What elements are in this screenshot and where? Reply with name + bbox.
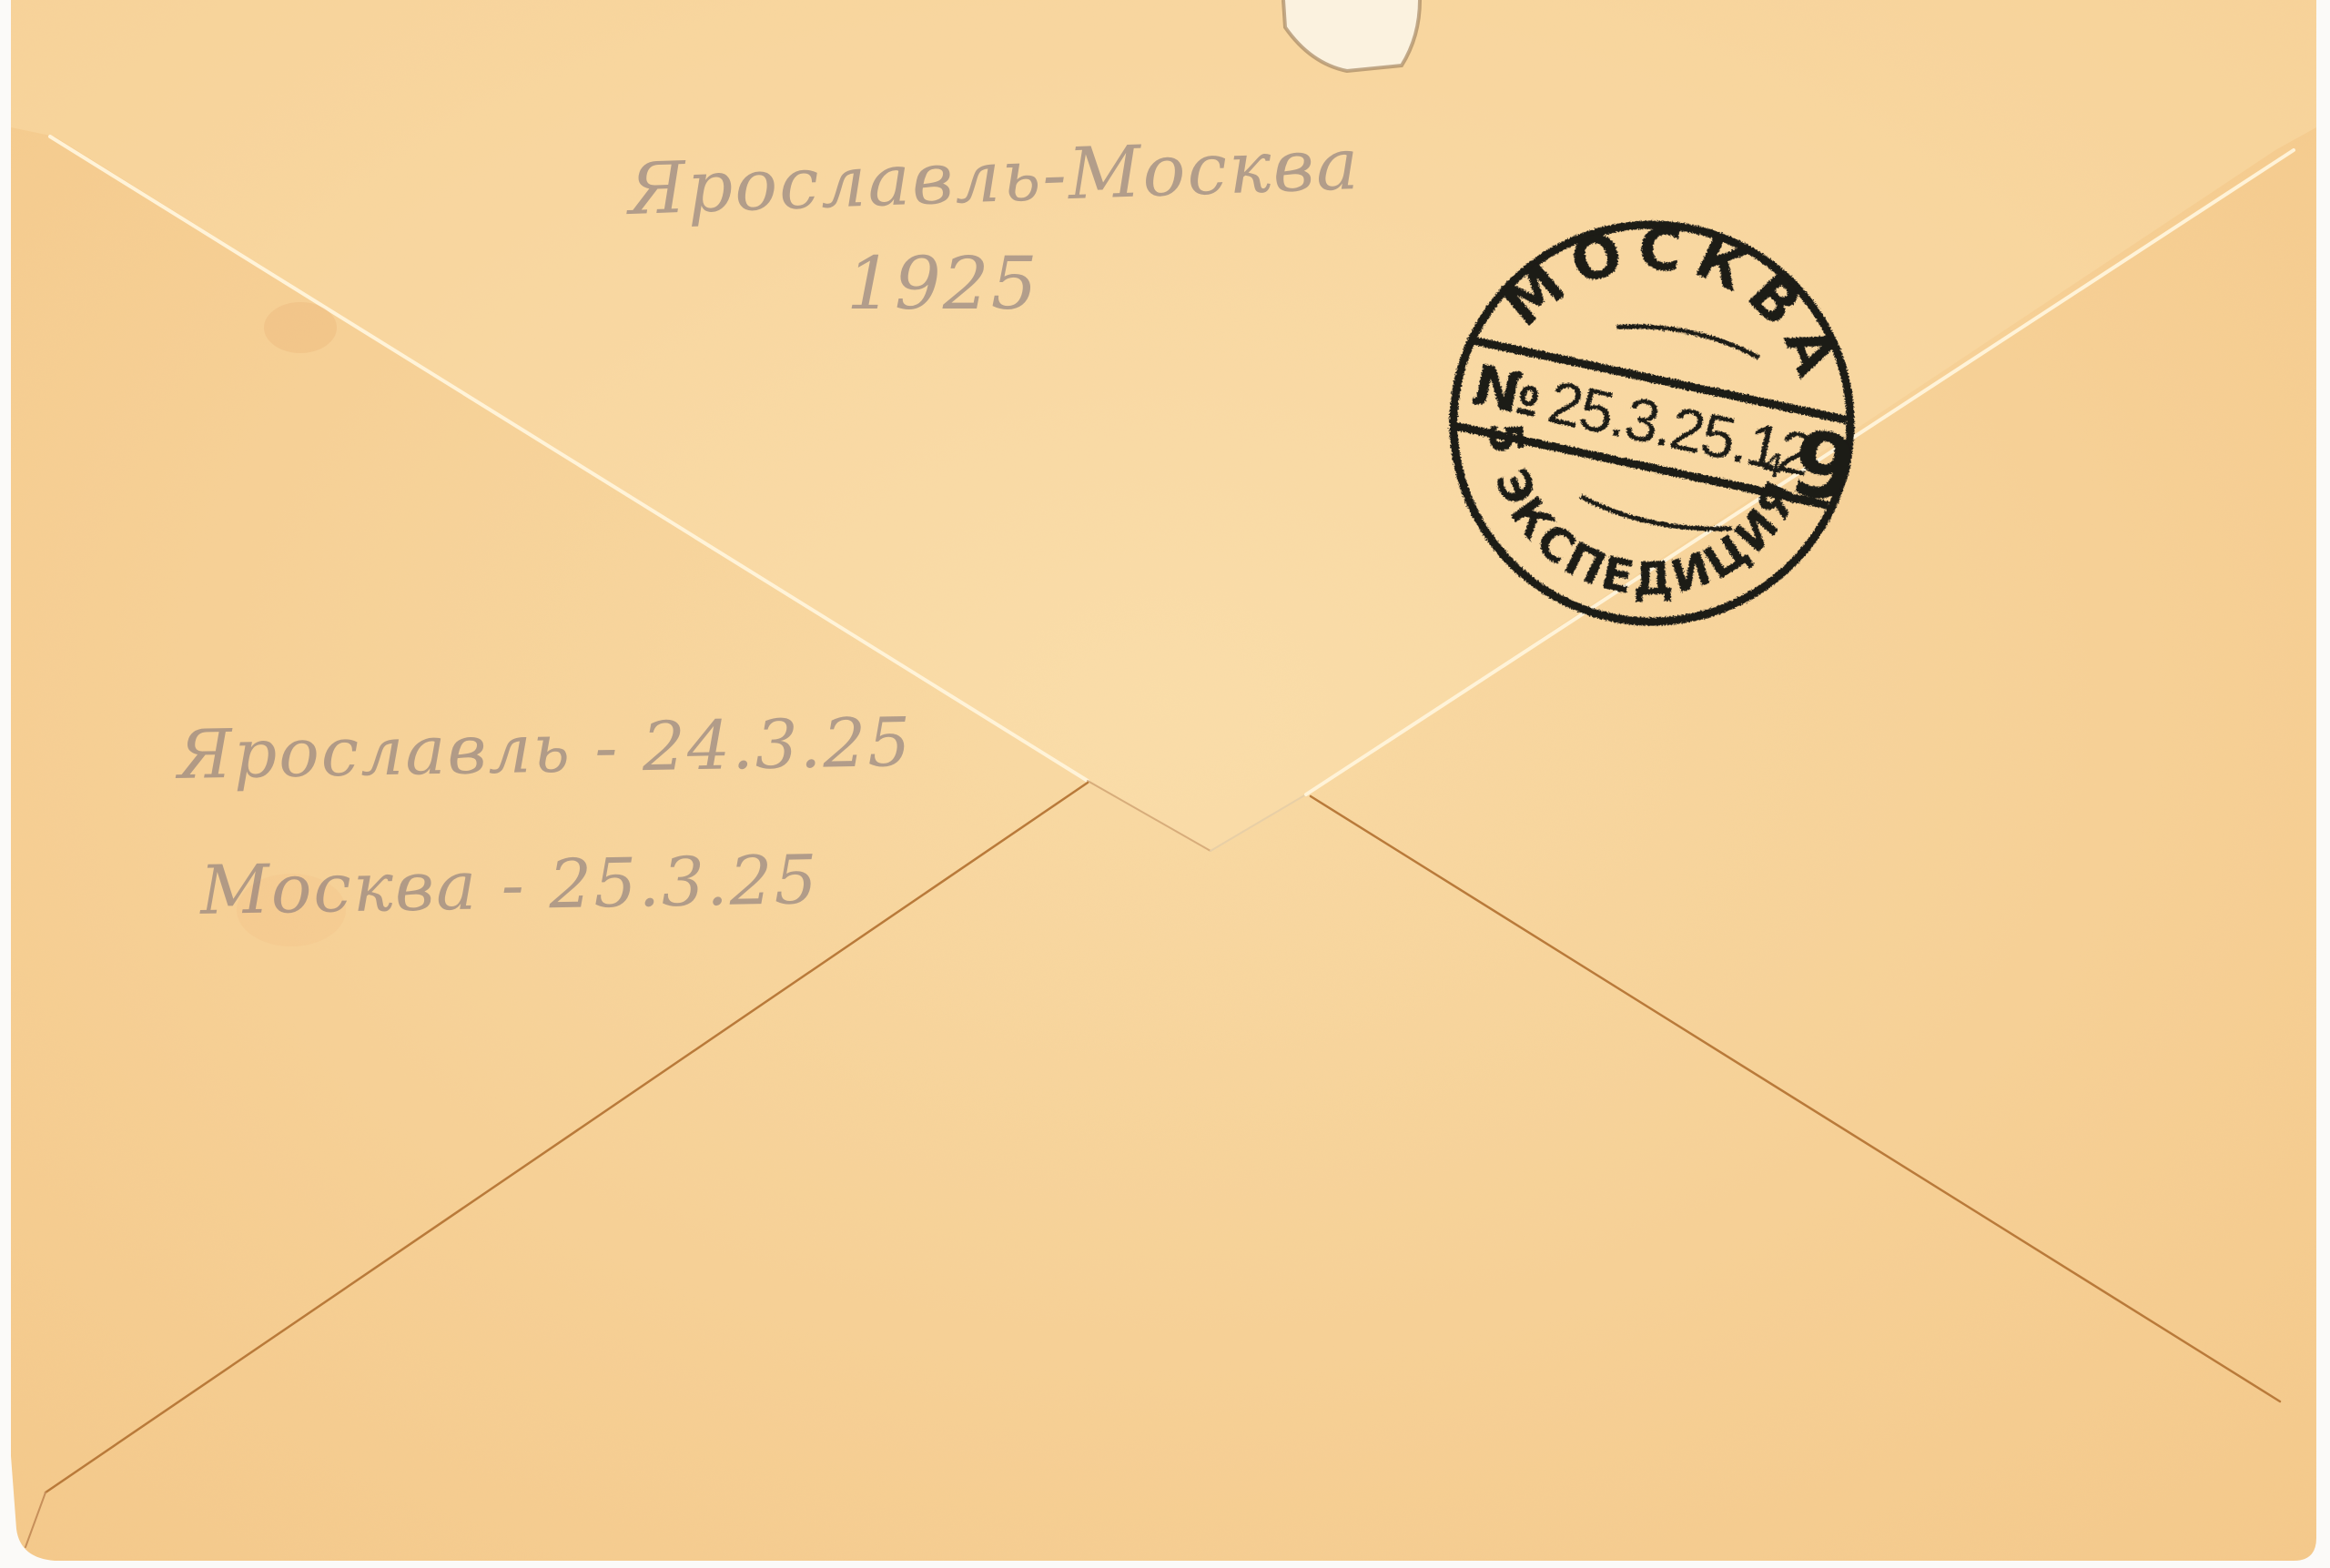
postmark-number-sign: №	[1467, 351, 1547, 430]
envelope-scene: МОСКВА 5 ЭКСПЕДИЦИЯ № 25.3.25.12 4 9	[0, 0, 2330, 1568]
stain	[264, 302, 337, 353]
stain	[237, 874, 346, 946]
